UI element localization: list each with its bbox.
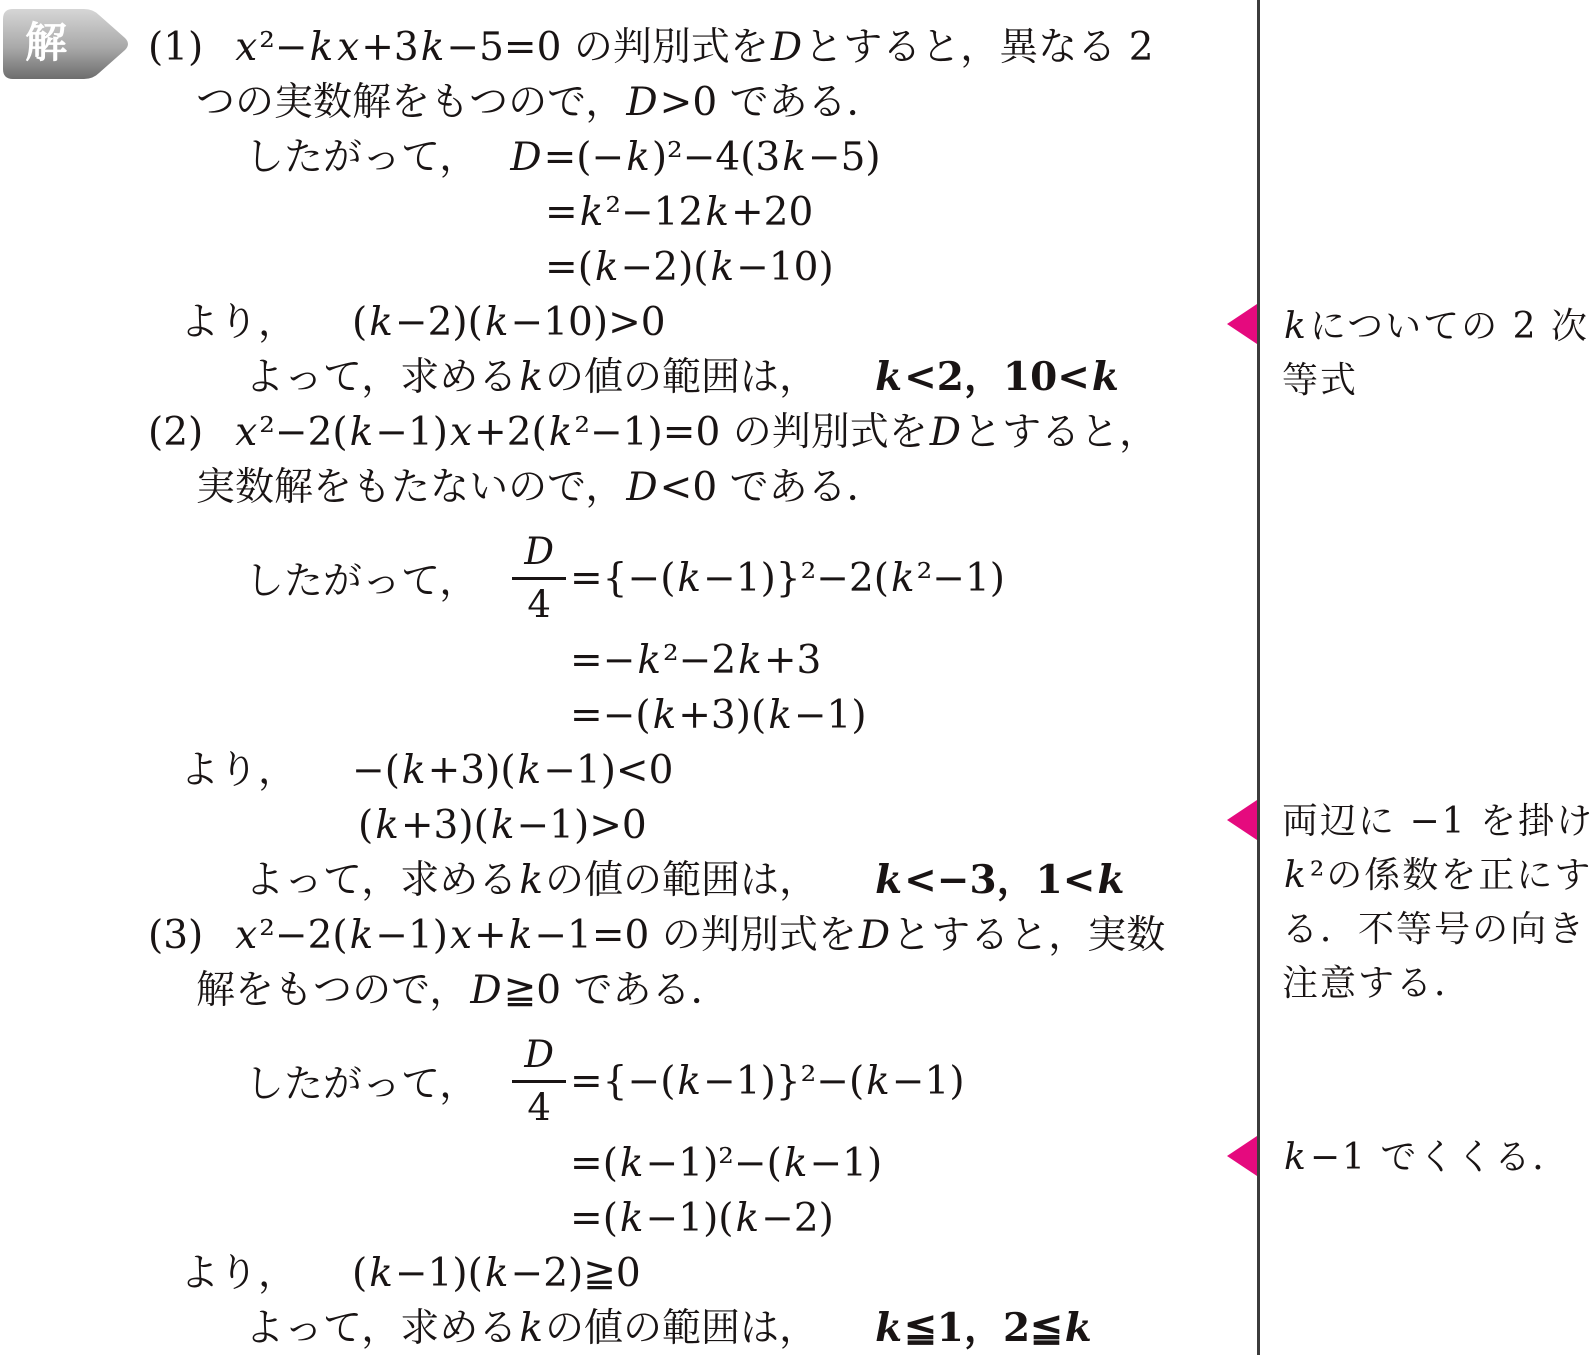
- margin-note: 両辺に −1 を掛けてk²の係数を正にする．不等号の向きに注意する．: [1282, 795, 1590, 1011]
- margin-note-line: 両辺に −1 を掛けて: [1282, 795, 1590, 849]
- margin-note-line: kについての 2 次不: [1282, 300, 1590, 354]
- margin-note: k−1 でくくる．: [1282, 1131, 1570, 1185]
- margin-note: kについての 2 次不等式: [1282, 300, 1590, 408]
- margin-note-line: る．不等号の向きに: [1282, 903, 1590, 957]
- note-marker-left-triangle-icon: [1227, 304, 1257, 344]
- note-marker-left-triangle-icon: [1227, 800, 1257, 840]
- textbook-solution-page: 解 (1)x²−kx+3k−5=0 の判別式をDとすると，異なる 2つの実数解を…: [0, 0, 1590, 1355]
- note-marker-left-triangle-icon: [1227, 1136, 1257, 1176]
- margin-note-line: 注意する．: [1282, 957, 1590, 1011]
- margin-note-line: k²の係数を正にす: [1282, 849, 1590, 903]
- margin-note-line: k−1 でくくる．: [1282, 1131, 1570, 1185]
- margin-notes: kについての 2 次不等式両辺に −1 を掛けてk²の係数を正にする．不等号の向…: [0, 0, 1590, 1355]
- margin-note-line: 等式: [1282, 354, 1590, 408]
